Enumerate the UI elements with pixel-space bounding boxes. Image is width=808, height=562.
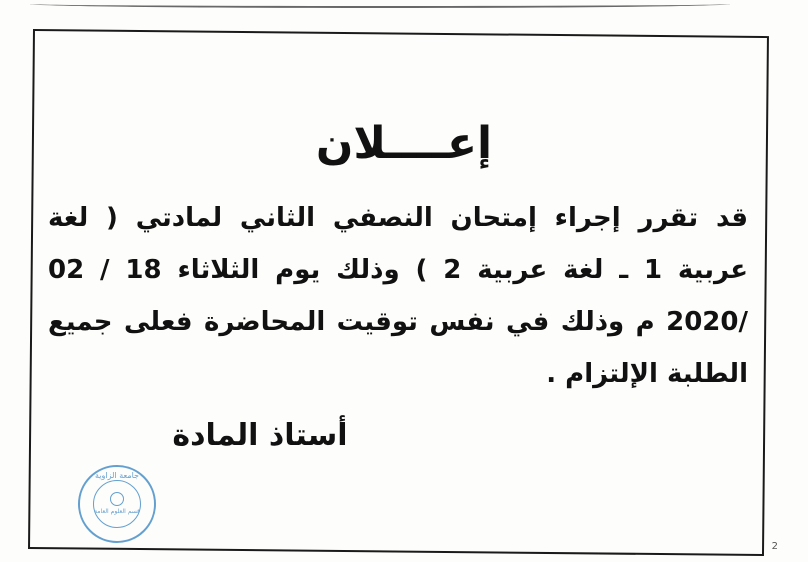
signature-professor: أستاذ المادة [160, 418, 360, 453]
corner-mark: 2 [772, 541, 778, 552]
university-stamp: جامعة الزاوية قسم العلوم العامة [78, 465, 156, 543]
announcement-body: قد تقرر إجراء إمتحان النصفي الثاني لمادت… [48, 192, 748, 400]
stamp-department-name: قسم العلوم العامة [94, 508, 140, 516]
stamp-inner-circle: قسم العلوم العامة [93, 480, 141, 528]
stamp-university-name: جامعة الزاوية [80, 471, 154, 480]
university-logo-icon [110, 492, 124, 506]
announcement-title: إعــــلان [0, 118, 808, 169]
